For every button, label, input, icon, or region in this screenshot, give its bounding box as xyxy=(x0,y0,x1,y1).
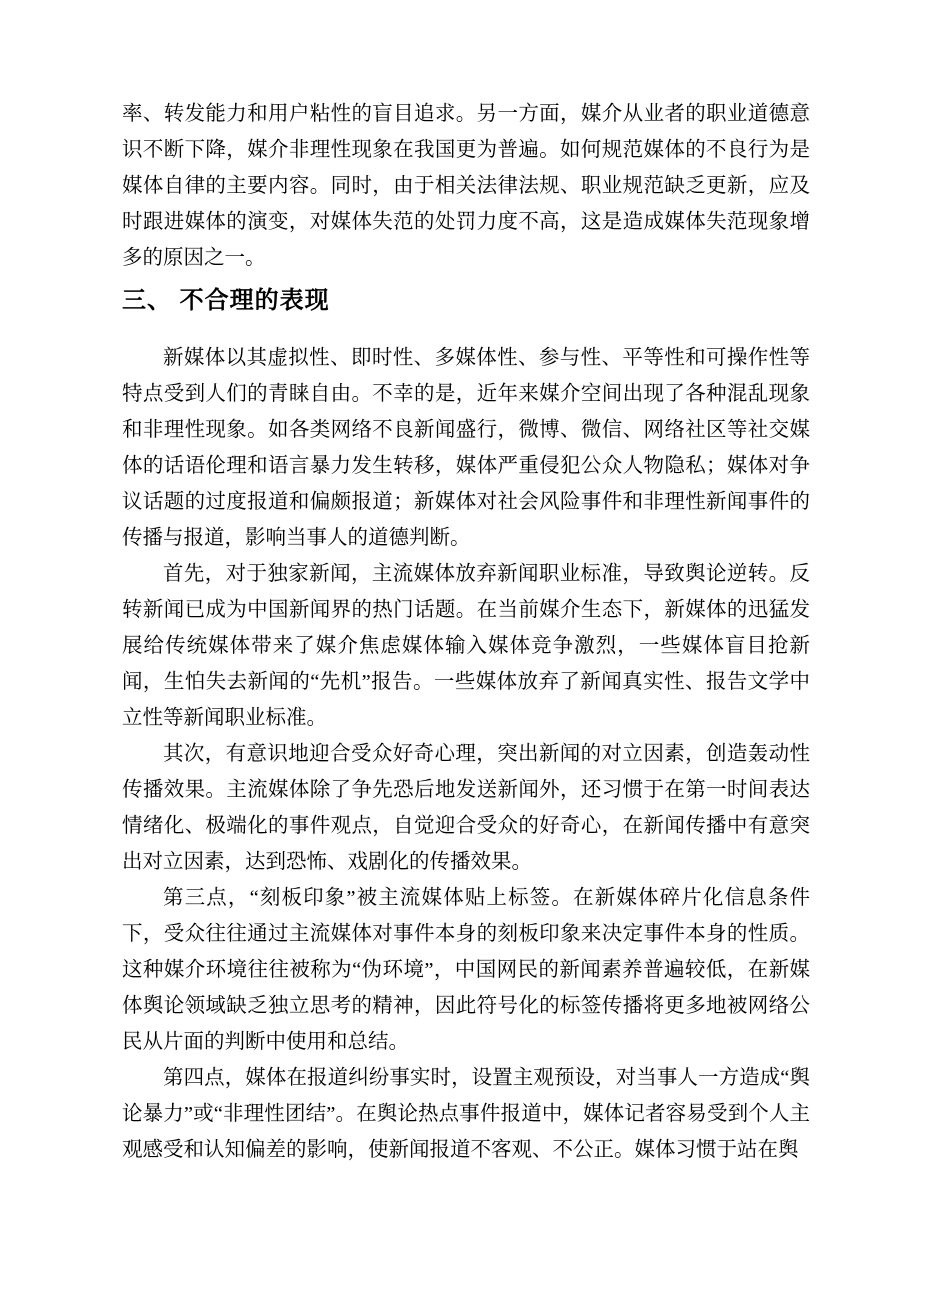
paragraph-second-point: 其次，有意识地迎合受众好奇心理，突出新闻的对立因素，创造轰动性传播效果。主流媒体… xyxy=(122,736,810,880)
paragraph-third-point: 第三点，“刻板印象”被主流媒体贴上标签。在新媒体碎片化信息条件下，受众往往通过主… xyxy=(122,880,810,1060)
section-heading: 三、 不合理的表现 xyxy=(122,286,810,316)
paragraph-overview: 新媒体以其虚拟性、即时性、多媒体性、参与性、平等性和可操作性等特点受到人们的青睐… xyxy=(122,340,810,556)
paragraph-first-point: 首先，对于独家新闻，主流媒体放弃新闻职业标准，导致舆论逆转。反转新闻已成为中国新… xyxy=(122,556,810,736)
document-content: 率、转发能力和用户粘性的盲目追求。另一方面，媒介从业者的职业道德意识不断下降，媒… xyxy=(122,96,810,1168)
document-page: 率、转发能力和用户粘性的盲目追求。另一方面，媒介从业者的职业道德意识不断下降，媒… xyxy=(0,0,926,1309)
paragraph-fourth-point: 第四点，媒体在报道纠纷事实时，设置主观预设，对当事人一方造成“舆论暴力”或“非理… xyxy=(122,1060,810,1168)
paragraph-continuation: 率、转发能力和用户粘性的盲目追求。另一方面，媒介从业者的职业道德意识不断下降，媒… xyxy=(122,96,810,276)
